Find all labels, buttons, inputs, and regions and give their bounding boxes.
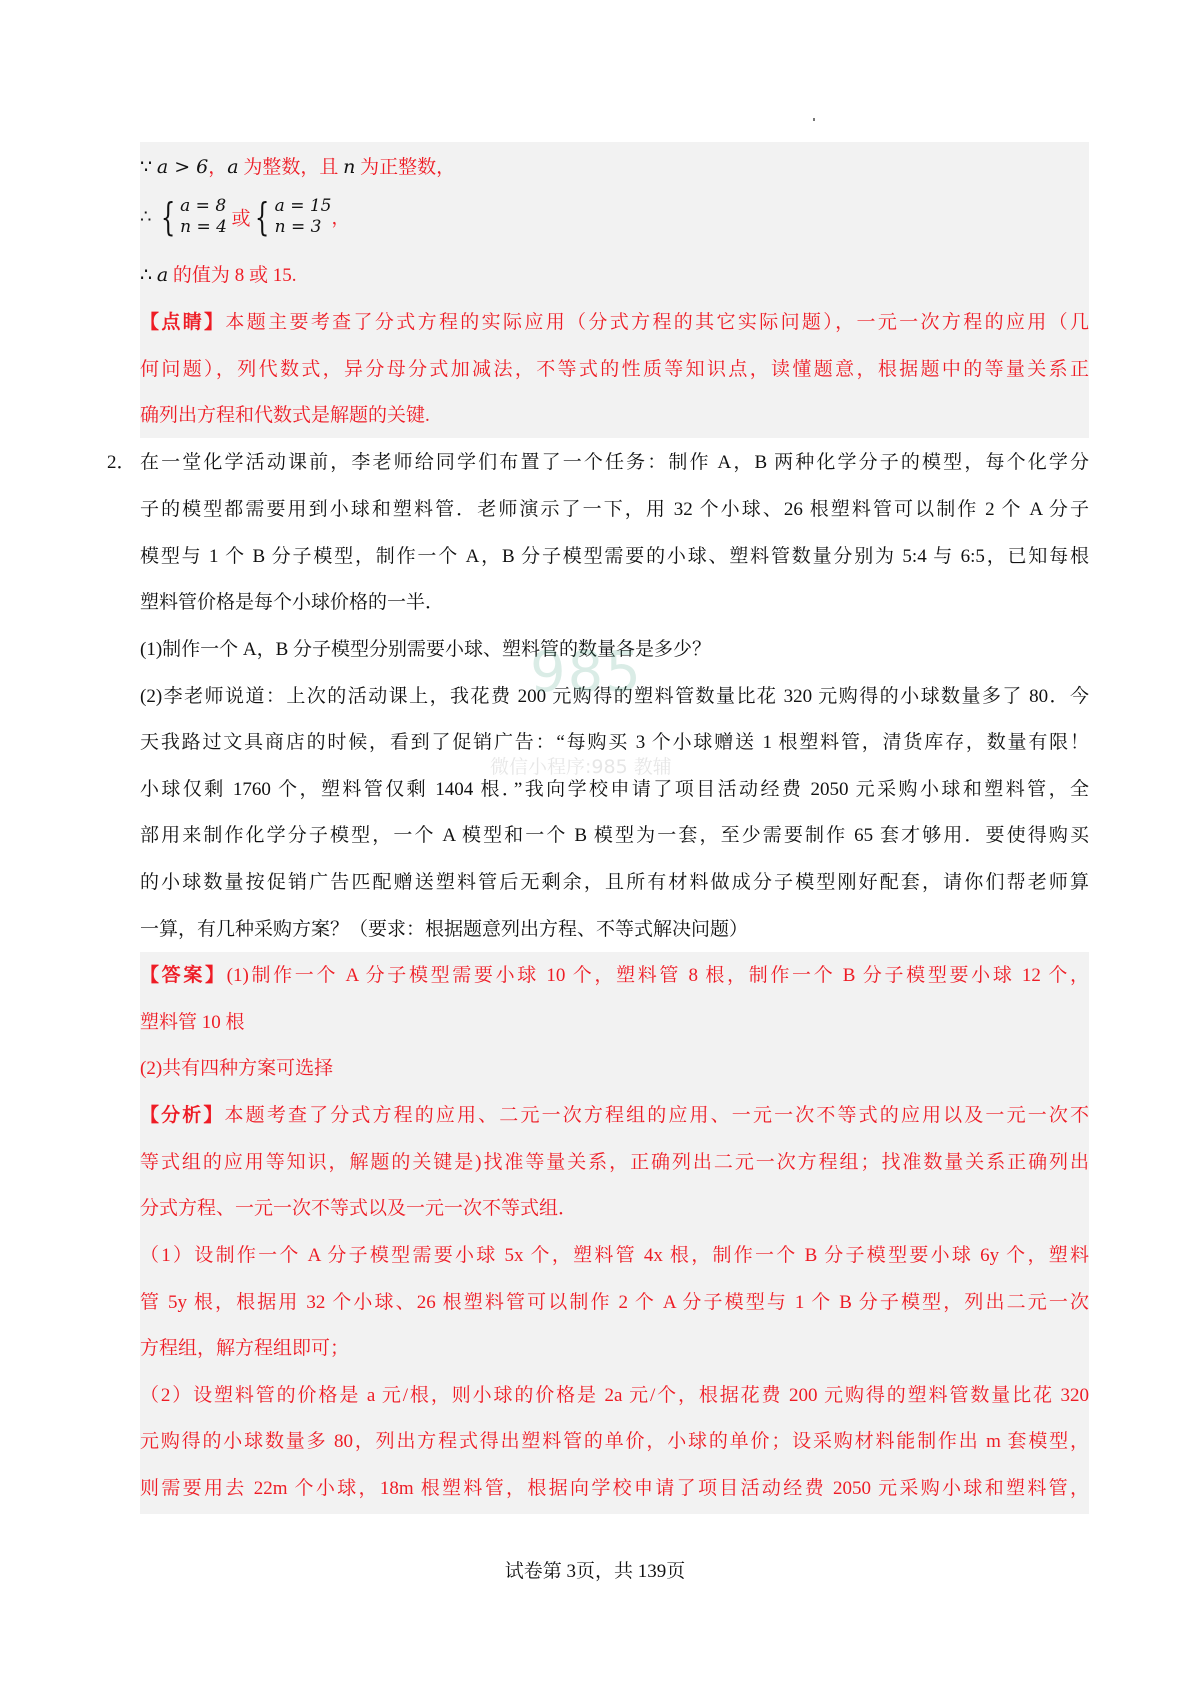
problem-line-3: 模型与 1 个 B 分子模型，制作一个 A，B 分子模型需要的小球、塑料管数量分… bbox=[140, 543, 1089, 571]
part2-line-3: 则需要用去 22m 个小球，18m 根塑料管，根据向学校申请了项目活动经费 20… bbox=[140, 1475, 1089, 1503]
answer-label: 【答案】 bbox=[140, 965, 227, 986]
problem-line-2: 子的模型都需要用到小球和塑料管．老师演示了一下，用 32 个小球、26 根塑料管… bbox=[140, 496, 1089, 524]
part1-line-1: （1）设制作一个 A 分子模型需要小球 5x 个，塑料管 4x 根，制作一个 B… bbox=[140, 1242, 1089, 1270]
analysis-line-3: 分式方程、一元一次不等式以及一元一次不等式组． bbox=[140, 1195, 577, 1223]
page-mark bbox=[813, 118, 815, 121]
comment-line-3: 确列出方程和代数式是解题的关键. bbox=[140, 402, 430, 430]
sub-question-2-line-3: 小球仅剩 1760 个，塑料管仅剩 1404 根．”我向学校申请了项目活动经费 … bbox=[140, 776, 1089, 804]
part2-line-2: 元购得的小球数量多 80，列出方程式得出塑料管的单价，小球的单价；设采购材料能制… bbox=[140, 1428, 1089, 1456]
left-brace: { bbox=[161, 197, 176, 237]
sub-question-1: (1)制作一个 A，B 分子模型分别需要小球、塑料管的数量各是多少？ bbox=[140, 636, 711, 664]
sub-question-2-line-1: (2)李老师说道：上次的活动课上，我花费 200 元购得的塑料管数量比花 320… bbox=[140, 683, 1089, 711]
system-case-2: a = 15n = 3 bbox=[275, 196, 332, 238]
analysis-label: 【分析】 bbox=[140, 1105, 225, 1126]
solution-block-previous bbox=[140, 142, 1089, 438]
comment-line-2: 何问题），列代数式，异分母分式加减法，不等式的性质等知识点，读懂题意，根据题中的… bbox=[140, 356, 1089, 384]
sub-question-2-line-4: 部用来制作化学分子模型，一个 A 模型和一个 B 模型为一套，至少需要制作 65… bbox=[140, 822, 1089, 850]
sub-question-2-line-5: 的小球数量按促销广告匹配赠送塑料管后无剩余，且所有材料做成分子模型刚好配套，请你… bbox=[140, 869, 1089, 897]
system-case-1: a = 8n = 4 bbox=[180, 196, 227, 238]
solution-line-condition: ∵ a > 6，a 为整数，且 n 为正整数， bbox=[140, 153, 455, 181]
part1-line-3: 方程组，解方程组即可； bbox=[140, 1335, 349, 1363]
comment-line-1: 【点睛】本题主要考查了分式方程的实际应用（分式方程的其它实际问题），一元一次方程… bbox=[140, 309, 1089, 337]
sub-question-2-line-2: 天我路过文具商店的时候，看到了促销广告：“每购买 3 个小球赠送 1 根塑料管，… bbox=[140, 729, 1089, 757]
answer-line-3: (2)共有四种方案可选择 bbox=[140, 1055, 333, 1083]
analysis-line-1: 【分析】本题考查了分式方程的应用、二元一次方程组的应用、一元一次不等式的应用以及… bbox=[140, 1102, 1089, 1130]
left-brace: { bbox=[255, 197, 270, 237]
answer-line-1: 【答案】(1)制作一个 A 分子模型需要小球 10 个，塑料管 8 根，制作一个… bbox=[140, 962, 1089, 990]
sub-question-2-line-6: 一算，有几种采购方案？（要求：根据题意列出方程、不等式解决问题） bbox=[140, 916, 748, 944]
comment-label: 【点睛】 bbox=[140, 312, 225, 333]
part2-line-1: （2）设塑料管的价格是 a 元/根，则小球的价格是 2a 元/个，根据花费 20… bbox=[140, 1382, 1089, 1410]
problem-number: 2． bbox=[107, 449, 136, 477]
analysis-line-2: 等式组的应用等知识，解题的关键是)找准等量关系，正确列出二元一次方程组；找准数量… bbox=[140, 1149, 1089, 1177]
part1-line-2: 管 5y 根，根据用 32 个小球、26 根塑料管可以制作 2 个 A 分子模型… bbox=[140, 1289, 1089, 1317]
equation-system: ∴ {a = 8n = 4 或{a = 15n = 3， bbox=[140, 196, 350, 238]
problem-line-4: 塑料管价格是每个小球价格的一半． bbox=[140, 589, 444, 617]
answer-line-2: 塑料管 10 根 bbox=[140, 1009, 245, 1037]
problem-line-1: 在一堂化学活动课前，李老师给同学们布置了一个任务：制作 A，B 两种化学分子的模… bbox=[140, 449, 1089, 477]
solution-line-result: ∴ a 的值为 8 或 15. bbox=[140, 261, 296, 289]
page-footer: 试卷第 3页，共 139页 bbox=[0, 1556, 1190, 1583]
